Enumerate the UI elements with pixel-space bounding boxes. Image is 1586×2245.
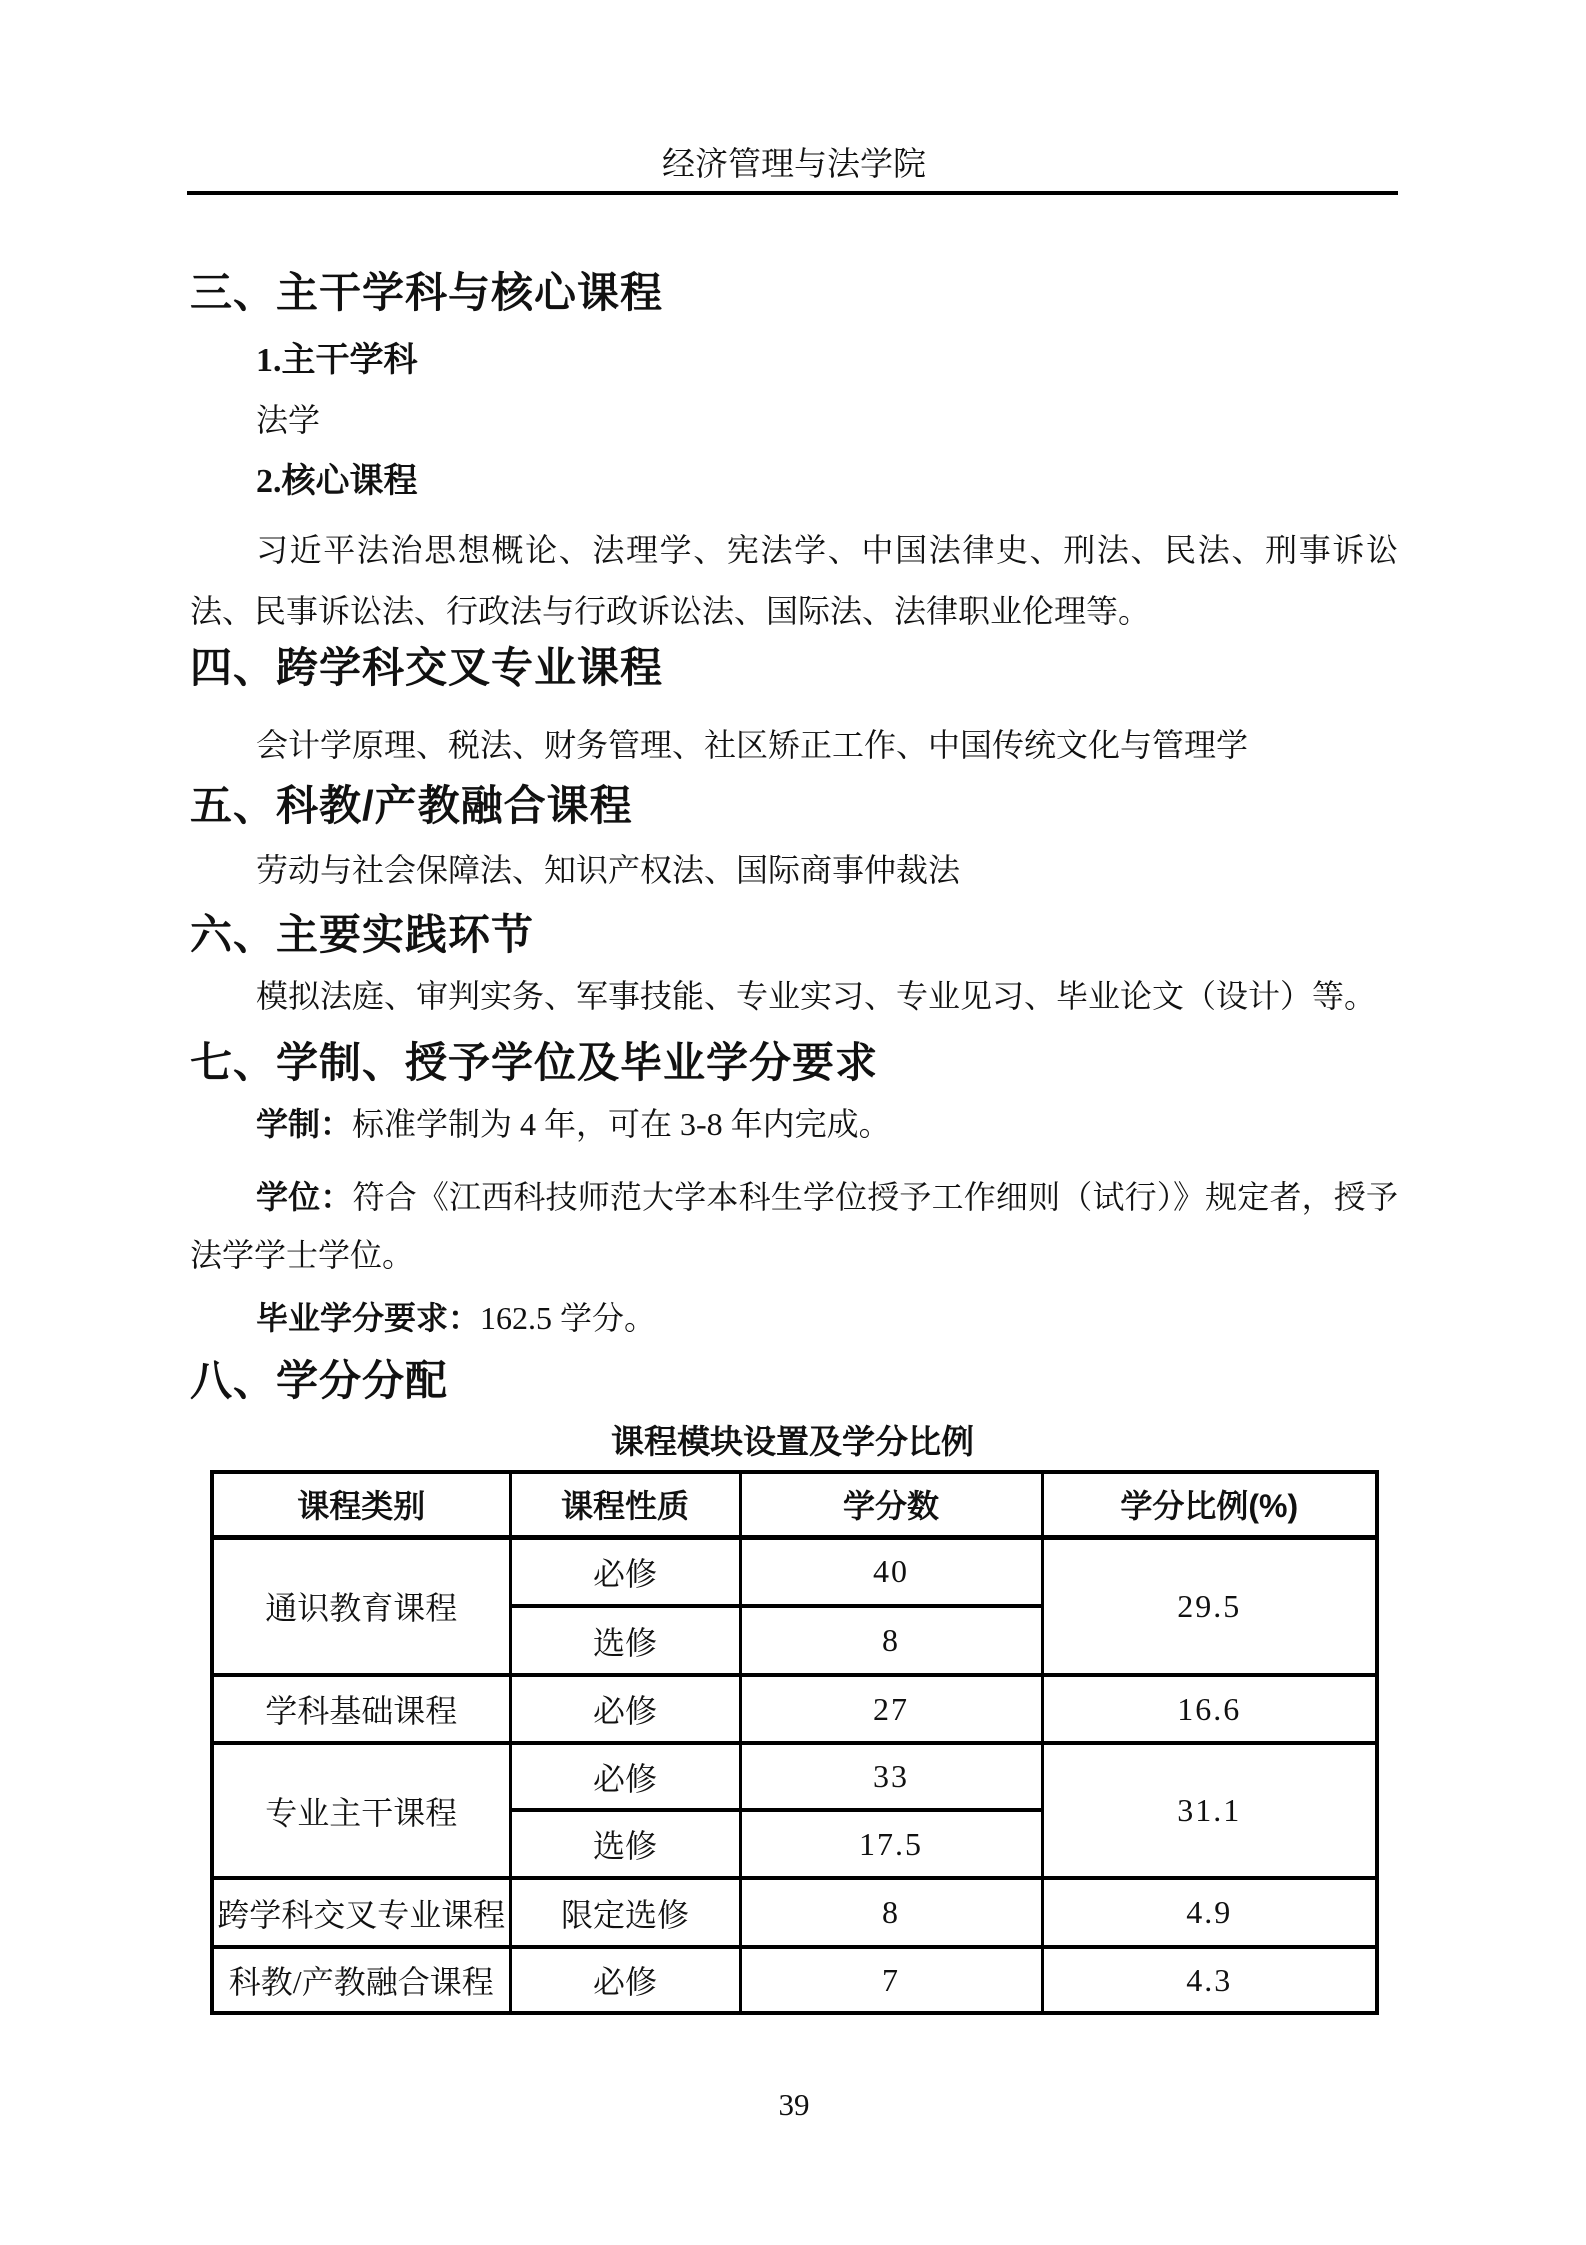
- paragraph-degree: 学位：符合《江西科技师范大学本科生学位授予工作细则（试行）》规定者，授予法学学士…: [190, 1168, 1398, 1284]
- page-header-title: 经济管理与法学院: [190, 144, 1398, 187]
- duration-label: 学制：: [256, 1106, 352, 1142]
- table-row: 跨学科交叉专业课程 限定选修 8 4.9: [212, 1878, 1377, 1947]
- table-row: 专业主干课程 必修 33 31.1: [212, 1743, 1377, 1810]
- page-number: 39: [190, 2085, 1398, 2125]
- cell-credits: 8: [740, 1606, 1042, 1675]
- cell-nature: 选修: [510, 1810, 740, 1878]
- section-heading-6: 六、主要实践环节: [190, 909, 1398, 961]
- cell-ratio: 29.5: [1042, 1537, 1377, 1675]
- cell-ratio: 16.6: [1042, 1675, 1377, 1743]
- paragraph-core-courses: 习近平法治思想概论、法理学、宪法学、中国法律史、刑法、民法、刑事诉讼法、民事诉讼…: [190, 520, 1398, 642]
- col-header-ratio: 学分比例(%): [1042, 1472, 1377, 1537]
- cell-nature: 必修: [510, 1743, 740, 1810]
- cell-credits: 33: [740, 1743, 1042, 1810]
- degree-label: 学位：: [256, 1179, 353, 1215]
- duration-text: 标准学制为 4 年，可在 3-8 年内完成。: [352, 1106, 891, 1142]
- cell-nature: 必修: [510, 1537, 740, 1606]
- col-header-credits: 学分数: [740, 1472, 1042, 1537]
- paragraph-practice-links: 模拟法庭、审判实务、军事技能、专业实习、专业见习、毕业论文（设计）等。: [256, 975, 1376, 1017]
- cell-credits: 27: [740, 1675, 1042, 1743]
- cell-category: 学科基础课程: [212, 1675, 510, 1743]
- section-heading-7: 七、学制、授予学位及毕业学分要求: [190, 1037, 1398, 1089]
- degree-text: 符合《江西科技师范大学本科生学位授予工作细则（试行）》规定者，授予法学学士学位。: [190, 1179, 1398, 1273]
- cell-ratio: 4.3: [1042, 1947, 1377, 2013]
- col-header-category: 课程类别: [212, 1472, 510, 1537]
- table-row: 通识教育课程 必修 40 29.5: [212, 1537, 1377, 1606]
- subheading-3-1: 1.主干学科: [256, 339, 418, 383]
- credit-table-caption: 课程模块设置及学分比例: [210, 1422, 1375, 1465]
- header-rule: [187, 191, 1398, 195]
- cell-credits: 17.5: [740, 1810, 1042, 1878]
- cell-ratio: 4.9: [1042, 1878, 1377, 1947]
- cell-nature: 必修: [510, 1675, 740, 1743]
- credits-text: 162.5 学分。: [480, 1300, 656, 1336]
- cell-credits: 7: [740, 1947, 1042, 2013]
- cell-nature: 限定选修: [510, 1878, 740, 1947]
- cell-credits: 8: [740, 1878, 1042, 1947]
- section-heading-8: 八、学分分配: [190, 1355, 1398, 1407]
- cell-category: 跨学科交叉专业课程: [212, 1878, 510, 1947]
- cell-category: 专业主干课程: [212, 1743, 510, 1878]
- credits-label: 毕业学分要求：: [256, 1300, 480, 1336]
- cell-credits: 40: [740, 1537, 1042, 1606]
- credit-allocation-table: 课程类别 课程性质 学分数 学分比例(%) 通识教育课程 必修 40 29.5 …: [210, 1470, 1379, 2015]
- document-page: 经济管理与法学院 三、主干学科与核心课程 1.主干学科 法学 2.核心课程 习近…: [0, 0, 1586, 2245]
- section-heading-3: 三、主干学科与核心课程: [190, 267, 1398, 319]
- cell-ratio: 31.1: [1042, 1743, 1377, 1878]
- section-heading-4: 四、跨学科交叉专业课程: [190, 642, 1398, 694]
- cell-nature: 必修: [510, 1947, 740, 2013]
- col-header-nature: 课程性质: [510, 1472, 740, 1537]
- paragraph-interdisciplinary-courses: 会计学原理、税法、财务管理、社区矫正工作、中国传统文化与管理学: [256, 724, 1248, 766]
- cell-nature: 选修: [510, 1606, 740, 1675]
- paragraph-graduation-credits: 毕业学分要求：162.5 学分。: [190, 1297, 1398, 1339]
- subheading-3-2: 2.核心课程: [256, 460, 418, 504]
- table-header-row: 课程类别 课程性质 学分数 学分比例(%): [212, 1472, 1377, 1537]
- cell-category: 通识教育课程: [212, 1537, 510, 1675]
- section-heading-5: 五、科教/产教融合课程: [190, 780, 1398, 832]
- paragraph-major-discipline: 法学: [256, 399, 320, 441]
- table-row: 科教/产教融合课程 必修 7 4.3: [212, 1947, 1377, 2013]
- paragraph-duration: 学制：标准学制为 4 年，可在 3-8 年内完成。: [190, 1103, 1398, 1145]
- cell-category: 科教/产教融合课程: [212, 1947, 510, 2013]
- paragraph-integration-courses: 劳动与社会保障法、知识产权法、国际商事仲裁法: [256, 849, 960, 891]
- table-row: 学科基础课程 必修 27 16.6: [212, 1675, 1377, 1743]
